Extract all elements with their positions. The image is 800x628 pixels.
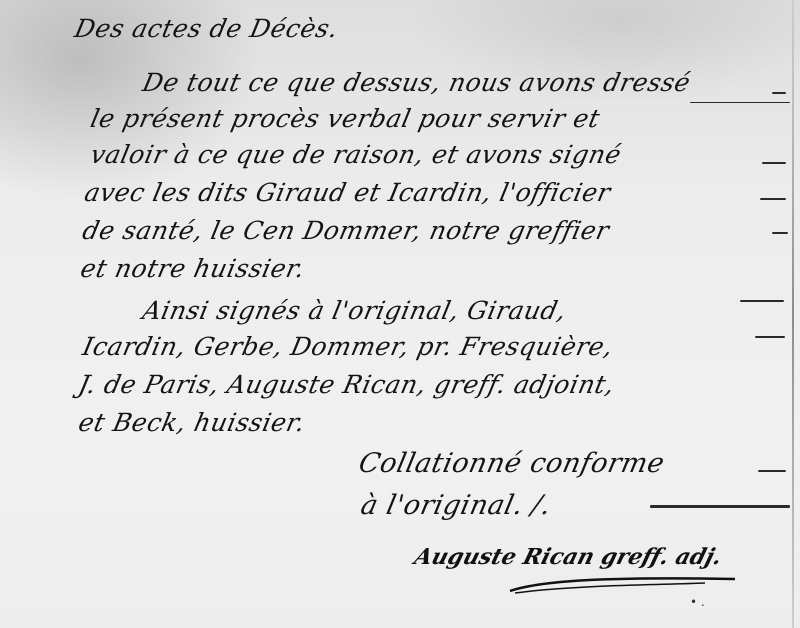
line-filler-dash [755, 336, 785, 338]
line-filler-dash [772, 92, 786, 94]
line-filler-dash [758, 470, 786, 472]
margin-marks: • . [690, 595, 705, 609]
certification-line-1: Collationné conforme [356, 448, 667, 479]
manuscript-page: Des actes de Décès. De tout ce que dessu… [0, 0, 800, 628]
line-filler-dash [690, 102, 790, 103]
line-filler-dash [650, 505, 790, 508]
certification-line-2: à l'original. /. [358, 490, 554, 521]
line-filler-dash [760, 198, 786, 200]
text-line-4: avec les dits Giraud et Icardin, l'offic… [82, 178, 613, 207]
page-edge [792, 0, 794, 628]
text-line-3: valoir à ce que de raison, et avons sign… [88, 140, 624, 169]
text-line-10: et Beck, huissier. [76, 408, 308, 437]
heading-line: Des actes de Décès. [72, 14, 341, 43]
line-filler-dash [762, 162, 786, 164]
text-line-2: le présent procès verbal pour servir et [88, 104, 603, 133]
text-line-9: J. de Paris, Auguste Rican, greff. adjoi… [76, 370, 617, 399]
text-line-7: Ainsi signés à l'original, Giraud, [140, 296, 569, 325]
text-line-6: et notre huissier. [78, 254, 308, 283]
text-line-8: Icardin, Gerbe, Dommer, pr. Fresquière, [80, 332, 616, 361]
signature-flourish [505, 573, 745, 595]
line-filler-dash [772, 232, 788, 234]
line-filler-dash [740, 300, 784, 302]
signature: Auguste Rican greff. adj. [412, 544, 725, 570]
text-line-1: De tout ce que dessus, nous avons dressé [140, 68, 693, 97]
text-line-5: de santé, le Cen Dommer, notre greffier [80, 216, 612, 245]
